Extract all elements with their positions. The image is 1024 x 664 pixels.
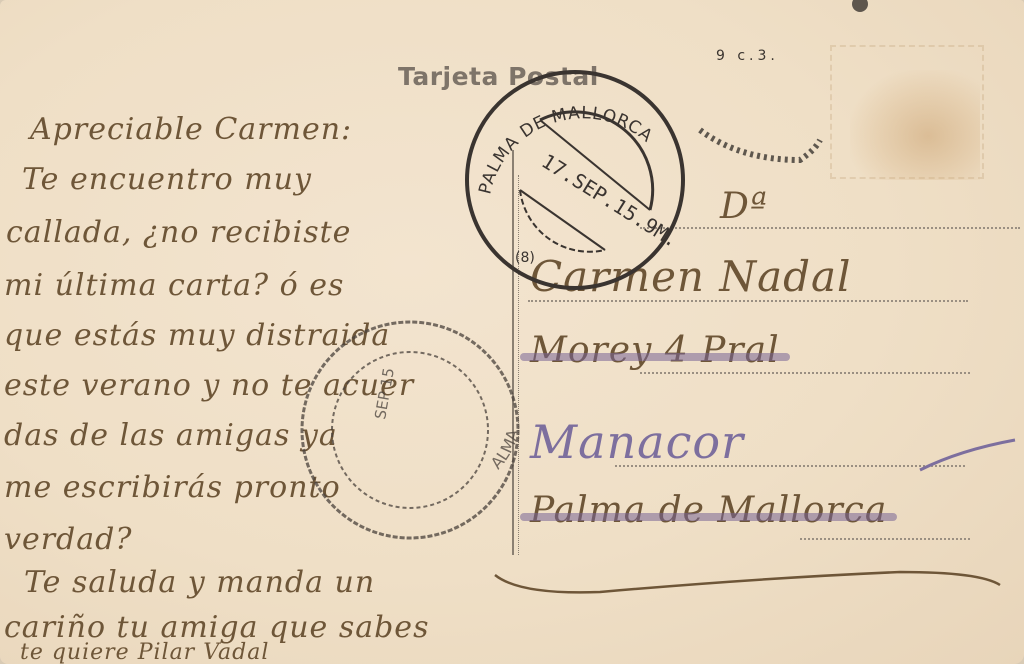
svg-text:17.SEP.15.9M.: 17.SEP.15.9M.	[537, 149, 682, 252]
signature-flourish	[495, 572, 1000, 592]
postmarks-layer: PALMA DE MALLORCA 17.SEP.15.9M. (8) ALMA…	[0, 0, 1024, 664]
palma-postmark: PALMA DE MALLORCA 17.SEP.15.9M. (8)	[467, 72, 683, 288]
postcard-back: Tarjeta Postal 9 c.3. Apreciable Carmen:…	[0, 0, 1024, 664]
second-postmark: ALMA SEP 15	[302, 322, 523, 538]
ink-splotch	[700, 0, 868, 160]
svg-text:ALMA: ALMA	[487, 427, 523, 473]
svg-text:SEP 15: SEP 15	[371, 366, 398, 420]
svg-text:(8): (8)	[515, 250, 535, 266]
manacor-tail	[920, 440, 1015, 470]
